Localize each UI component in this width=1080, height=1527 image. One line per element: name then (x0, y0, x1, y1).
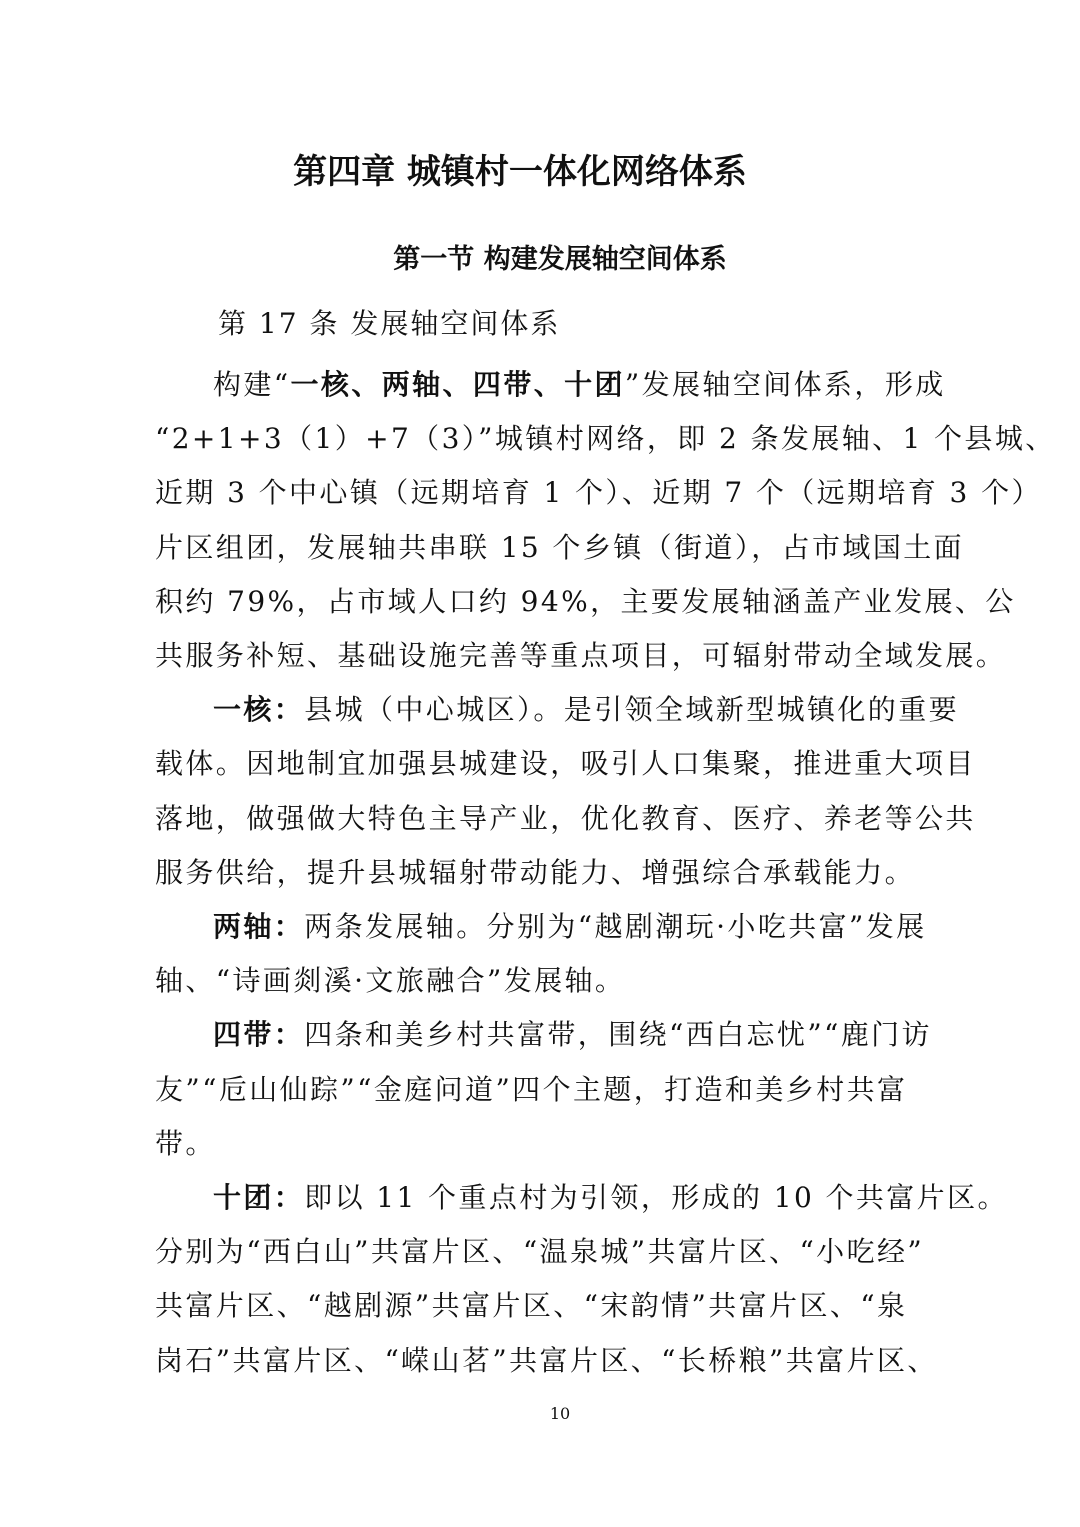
text-run: ”发展轴空间体系，形成 (625, 368, 946, 401)
paragraph-lead: 十团： (213, 1181, 304, 1214)
text-line: 轴、“诗画剡溪·文旅融合”发展轴。 (155, 954, 945, 1008)
document-page: 第四章 城镇村一体化网络体系 第一节 构建发展轴空间体系 第 17 条 发展轴空… (0, 0, 1080, 1527)
text-run: 即以 11 个重点村为引领，形成的 10 个共富片区。 (304, 1181, 1008, 1214)
text-line: 服务供给，提升县城辐射带动能力、增强综合承载能力。 (155, 846, 945, 900)
paragraph-two-axes: 两轴：两条发展轴。分别为“越剧潮玩·小吃共富”发展 轴、“诗画剡溪·文旅融合”发… (155, 900, 945, 1008)
paragraph-overview: 构建“一核、两轴、四带、十团”发展轴空间体系，形成 “2+1+3（1）+7（3）… (155, 358, 945, 683)
text-line: 落地，做强做大特色主导产业，优化教育、医疗、养老等公共 (155, 792, 945, 846)
text-line: 带。 (155, 1117, 945, 1171)
text-line: 岗石”共富片区、“嵘山茗”共富片区、“长桥粮”共富片区、 (155, 1334, 945, 1388)
text-run: 县城（中心城区）。是引领全域新型城镇化的重要 (304, 693, 959, 726)
page-number: 10 (0, 1404, 1080, 1423)
paragraph-lead: 一核： (213, 693, 304, 726)
text-line: 共富片区、“越剧源”共富片区、“宋韵情”共富片区、“泉 (155, 1279, 945, 1333)
article-title: 第 17 条 发展轴空间体系 (218, 302, 560, 346)
text-line: “2+1+3（1）+7（3）”城镇村网络，即 2 条发展轴、1 个县城、 (155, 412, 945, 466)
text-line: 四带：四条和美乡村共富带，围绕“西白忘忧”“鹿门访 (155, 1008, 945, 1062)
text-line: 共服务补短、基础设施完善等重点项目，可辐射带动全域发展。 (155, 629, 945, 683)
text-line: 构建“一核、两轴、四带、十团”发展轴空间体系，形成 (155, 358, 945, 412)
text-run: 构建“ (213, 368, 291, 401)
text-line: 十团：即以 11 个重点村为引领，形成的 10 个共富片区。 (155, 1171, 945, 1225)
text-line: 两轴：两条发展轴。分别为“越剧潮玩·小吃共富”发展 (155, 900, 945, 954)
text-line: 一核：县城（中心城区）。是引领全域新型城镇化的重要 (155, 683, 945, 737)
text-line: 片区组团，发展轴共串联 15 个乡镇（街道），占市域国土面 (155, 521, 945, 575)
paragraph-lead: 四带： (213, 1018, 304, 1051)
bold-text-run: 一核、两轴、四带、十团 (291, 368, 625, 401)
paragraph-one-core: 一核：县城（中心城区）。是引领全域新型城镇化的重要 载体。因地制宜加强县城建设，… (155, 683, 945, 900)
article-body: 构建“一核、两轴、四带、十团”发展轴空间体系，形成 “2+1+3（1）+7（3）… (155, 358, 945, 1388)
text-line: 友”“卮山仙踪”“金庭问道”四个主题，打造和美乡村共富 (155, 1063, 945, 1117)
text-run: 四条和美乡村共富带，围绕“西白忘忧”“鹿门访 (304, 1018, 932, 1051)
text-line: 近期 3 个中心镇（远期培育 1 个）、近期 7 个（远期培育 3 个） (155, 466, 945, 520)
chapter-title: 第四章 城镇村一体化网络体系 (0, 148, 1040, 196)
paragraph-ten-clusters: 十团：即以 11 个重点村为引领，形成的 10 个共富片区。 分别为“西白山”共… (155, 1171, 945, 1388)
text-line: 分别为“西白山”共富片区、“温泉城”共富片区、“小吃经” (155, 1225, 945, 1279)
section-title: 第一节 构建发展轴空间体系 (0, 238, 1080, 282)
text-run: 两条发展轴。分别为“越剧潮玩·小吃共富”发展 (304, 910, 926, 943)
text-line: 积约 79%，占市域人口约 94%，主要发展轴涵盖产业发展、公 (155, 575, 945, 629)
text-line: 载体。因地制宜加强县城建设，吸引人口集聚，推进重大项目 (155, 737, 945, 791)
paragraph-four-belts: 四带：四条和美乡村共富带，围绕“西白忘忧”“鹿门访 友”“卮山仙踪”“金庭问道”… (155, 1008, 945, 1171)
paragraph-lead: 两轴： (213, 910, 304, 943)
